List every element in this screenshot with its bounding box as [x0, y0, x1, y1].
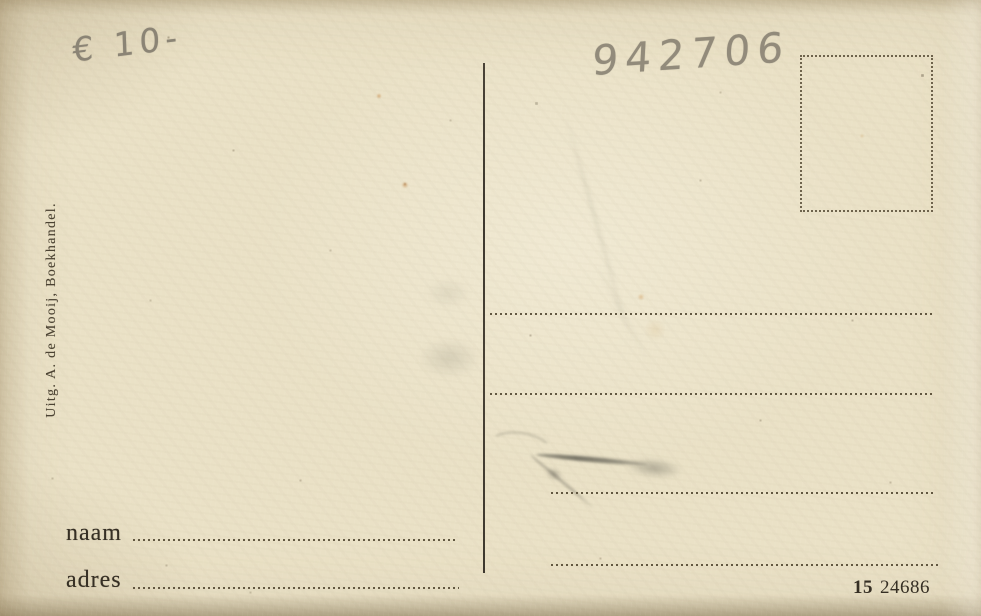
address-ruled-line: [490, 313, 932, 315]
paper-speckles: [0, 0, 1, 1]
stamp-box: [800, 55, 933, 212]
address-ruled-line: [490, 393, 933, 395]
handwritten-price-note: € 10-: [72, 17, 183, 70]
pencil-smudge: [530, 454, 595, 509]
handwritten-collector-number: 942706: [591, 23, 792, 85]
name-field-line: [133, 539, 456, 541]
postcard-back-scan: naam adres 1524686 Uitg. A. de Mooij, Bo…: [0, 0, 981, 616]
pencil-smudge: [418, 338, 480, 378]
publisher-imprint: Uitg. A. de Mooij, Boekhandel.: [44, 202, 60, 418]
pencil-smudge: [485, 428, 555, 471]
address-field-label: adres: [66, 568, 122, 592]
address-ruled-line: [551, 492, 936, 494]
print-serial-number: 1524686: [853, 577, 930, 599]
crease-mark: [561, 102, 633, 349]
center-divider-line: [483, 63, 485, 573]
address-field-line: [133, 587, 459, 589]
pencil-smudge: [425, 278, 471, 308]
pencil-smudge: [543, 464, 565, 483]
print-number: 24686: [880, 577, 930, 598]
series-number: 15: [853, 577, 873, 598]
address-ruled-line: [551, 564, 939, 566]
name-field-label: naam: [66, 521, 122, 545]
pencil-smudge: [624, 455, 684, 481]
pencil-smudge: [536, 452, 648, 467]
crease-mark: [593, 259, 655, 373]
